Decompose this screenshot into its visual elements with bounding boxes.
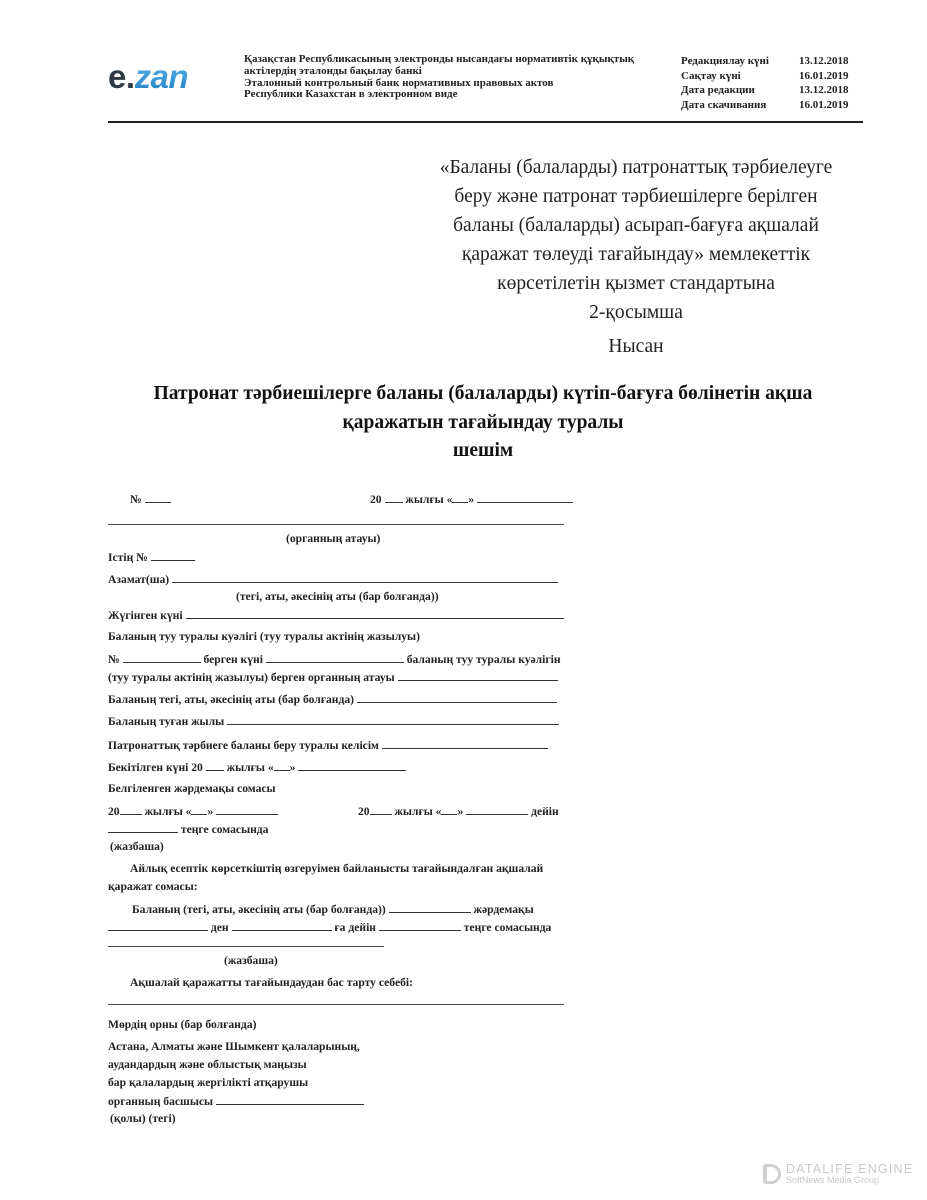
child-name-field[interactable] <box>357 692 557 703</box>
citizen-label: Азамат(ша) <box>108 573 169 586</box>
tenge-amount-label-2: теңге сомасында <box>464 921 552 934</box>
issuing-organ-row: (туу туралы актінің жазылуы) берген орга… <box>108 670 558 684</box>
allowance-amount-field[interactable] <box>379 920 461 931</box>
organ-caption: (органның атауы) <box>286 532 380 545</box>
meta-label: Дата скачивания <box>681 98 799 113</box>
number-label: № <box>130 493 142 506</box>
organization-text: Қазақстан Республикасының электронды ныс… <box>244 54 634 101</box>
ezan-logo: e.zan <box>108 58 188 96</box>
amount-in-words-field[interactable] <box>108 946 384 947</box>
birth-cert-label: Баланың туу туралы куәлігі (туу туралы а… <box>108 630 420 643</box>
agreement-field[interactable] <box>382 738 548 749</box>
title-line: шешім <box>100 437 866 466</box>
from-word: ден <box>211 921 229 934</box>
date-month-field[interactable] <box>477 492 573 503</box>
child-name-row: Баланың тегі, аты, әкесінің аты (бар бол… <box>108 692 557 706</box>
citizen-field[interactable] <box>172 572 558 583</box>
date-quote-close: » <box>468 493 474 506</box>
header-divider <box>108 121 863 123</box>
date-year-field[interactable] <box>385 492 403 503</box>
number-row: № <box>130 492 171 506</box>
applied-date-row: Жүгінген күні <box>108 608 564 622</box>
tenge-amount-row: теңге сомасында <box>108 822 268 836</box>
mci-text-line: қаражат сомасы: <box>108 880 198 893</box>
issued-date-label: берген күні <box>203 653 262 666</box>
period-from-prefix: 20 <box>108 805 120 818</box>
child-allowance-label: Баланың (тегі, аты, әкесінің аты (бар бо… <box>132 903 386 916</box>
period-from-mid: жылғы « <box>145 805 192 818</box>
cert-suffix: баланың туу туралы куәлігін <box>407 653 561 666</box>
agreement-label: Патронаттық тәрбиеге баланы беру туралы … <box>108 739 379 752</box>
period-to-year-field[interactable] <box>370 804 392 815</box>
meta-value: 16.01.2019 <box>799 69 849 84</box>
annex-line: баланы (балаларды) асырап-бағуға ақшалай <box>405 211 867 240</box>
period-to-row: 20 жылғы «» дейін <box>358 804 559 818</box>
allowance-to-field[interactable] <box>232 920 332 931</box>
watermark-company: SoftNews Media Group <box>786 1175 913 1185</box>
date-year-suffix: жылғы « <box>405 493 452 506</box>
logo-dot: . <box>126 58 135 95</box>
citizen-caption: (тегі, аты, әкесінің аты (бар болғанда)) <box>236 590 439 603</box>
signer-line: органның басшысы <box>108 1095 213 1108</box>
annex-line: 2-қосымша <box>405 298 867 327</box>
period-to-suffix: дейін <box>531 805 559 818</box>
cert-number-label: № <box>108 653 120 666</box>
period-to-day-field[interactable] <box>441 804 457 815</box>
annex-line: беру және патронат тәрбиешілерге берілге… <box>405 182 867 211</box>
period-to-prefix: 20 <box>358 805 370 818</box>
title-line: Патронат тәрбиешілерге баланы (балаларды… <box>100 380 866 409</box>
date-day-field[interactable] <box>452 492 468 503</box>
case-number-field[interactable] <box>151 550 195 561</box>
meta-row: Дата скачивания16.01.2019 <box>681 98 849 113</box>
organ-name-field[interactable] <box>108 524 564 525</box>
document-title: Патронат тәрбиешілерге баланы (балаларды… <box>100 380 866 466</box>
issuing-organ-field[interactable] <box>398 670 558 681</box>
child-name-label: Баланың тегі, аты, әкесінің аты (бар бол… <box>108 693 354 706</box>
meta-label: Редакциялау күні <box>681 54 799 69</box>
case-number-label: Істің № <box>108 551 148 564</box>
signer-head-row: органның басшысы <box>108 1094 364 1108</box>
period-from-close: » <box>207 805 213 818</box>
document-meta: Редакциялау күні13.12.2018 Сақтау күні16… <box>681 54 849 112</box>
logo-part-zan: zan <box>135 58 189 95</box>
allowance-word: жәрдемақы <box>474 903 534 916</box>
allowance-from-field[interactable] <box>108 920 208 931</box>
in-words-caption-2: (жазбаша) <box>224 954 278 967</box>
org-line: актілердің эталонды бақылау банкі <box>244 66 634 78</box>
signature-caption: (қолы) (тегі) <box>110 1112 176 1125</box>
datalife-logo-icon <box>763 1164 781 1184</box>
period-from-row: 20 жылғы «» <box>108 804 278 818</box>
period-to-month-field[interactable] <box>466 804 528 815</box>
refusal-label: Ақшалай қаражатты тағайындаудан бас тарт… <box>130 976 413 989</box>
child-birth-year-field[interactable] <box>227 714 559 725</box>
approved-year-field[interactable] <box>206 760 224 771</box>
date-year-prefix: 20 <box>370 493 382 506</box>
allowance-label: Белгіленген жәрдемақы сомасы <box>108 782 276 795</box>
period-to-close: » <box>457 805 463 818</box>
period-from-year-field[interactable] <box>120 804 142 815</box>
meta-value: 13.12.2018 <box>799 83 849 98</box>
cert-number-field[interactable] <box>123 652 201 663</box>
approved-month-field[interactable] <box>298 760 406 771</box>
datalife-watermark: DATALIFE ENGINE SoftNews Media Group <box>763 1163 913 1185</box>
approved-date-label: Бекітілген күні 20 <box>108 761 203 774</box>
annex-reference: «Баланы (балаларды) патронаттық тәрбиеле… <box>405 153 867 327</box>
meta-value: 16.01.2019 <box>799 98 849 113</box>
approved-date-row: Бекітілген күні 20 жылғы «» <box>108 760 406 774</box>
annex-line: көрсетілетін қызмет стандартына <box>405 269 867 298</box>
approved-date-close: » <box>290 761 296 774</box>
date-row: 20 жылғы «» <box>370 492 573 506</box>
applied-date-field[interactable] <box>186 608 564 619</box>
refusal-reason-field[interactable] <box>108 1004 564 1005</box>
applied-date-label: Жүгінген күні <box>108 609 183 622</box>
period-from-month-field[interactable] <box>216 804 278 815</box>
period-to-mid: жылғы « <box>395 805 442 818</box>
issuing-organ-label: (туу туралы актінің жазылуы) берген орга… <box>108 671 395 684</box>
approved-day-field[interactable] <box>274 760 290 771</box>
meta-label: Сақтау күні <box>681 69 799 84</box>
annex-line: «Баланы (балаларды) патронаттық тәрбиеле… <box>405 153 867 182</box>
meta-value: 13.12.2018 <box>799 54 849 69</box>
allowance-range-row: ден ға дейін теңге сомасында <box>108 920 551 934</box>
meta-row: Сақтау күні16.01.2019 <box>681 69 849 84</box>
child-allowance-field[interactable] <box>389 902 471 913</box>
cert-number-row: № берген күні баланың туу туралы куәлігі… <box>108 652 561 666</box>
meta-label: Дата редакции <box>681 83 799 98</box>
case-number-row: Істің № <box>108 550 195 564</box>
issued-date-field[interactable] <box>266 652 404 663</box>
approved-date-mid: жылғы « <box>227 761 274 774</box>
form-label: Нысан <box>405 336 867 358</box>
citizen-row: Азамат(ша) <box>108 572 558 586</box>
child-birth-year-label: Баланың туған жылы <box>108 715 224 728</box>
watermark-brand: DATALIFE ENGINE <box>786 1163 913 1175</box>
child-allowance-row: Баланың (тегі, аты, әкесінің аты (бар бо… <box>132 902 534 916</box>
agreement-row: Патронаттық тәрбиеге баланы беру туралы … <box>108 738 548 752</box>
signer-line: Астана, Алматы және Шымкент қалаларының, <box>108 1040 360 1053</box>
logo-part-e: e <box>108 58 126 95</box>
document-header: e.zan Қазақстан Республикасының электрон… <box>108 48 863 122</box>
annex-line: қаражат төлеуді тағайындау» мемлекеттік <box>405 240 867 269</box>
tenge-amount-label: теңге сомасында <box>181 823 269 836</box>
to-word: ға дейін <box>334 921 376 934</box>
signer-line: аудандардың және облыстық маңызы <box>108 1058 307 1071</box>
tenge-amount-field[interactable] <box>108 822 178 833</box>
in-words-caption: (жазбаша) <box>110 840 164 853</box>
seal-label: Мөрдің орны (бар болғанда) <box>108 1018 256 1031</box>
signer-line: бар қалалардың жергілікті атқарушы <box>108 1076 308 1089</box>
child-birth-year-row: Баланың туған жылы <box>108 714 559 728</box>
mci-text-line: Айлық есептік көрсеткіштің өзгеруімен ба… <box>130 862 543 875</box>
number-field[interactable] <box>145 492 171 503</box>
meta-row: Дата редакции13.12.2018 <box>681 83 849 98</box>
org-line: Республики Казахстан в электронном виде <box>244 89 634 101</box>
title-line: қаражатын тағайындау туралы <box>100 409 866 438</box>
meta-row: Редакциялау күні13.12.2018 <box>681 54 849 69</box>
signature-field[interactable] <box>216 1094 364 1105</box>
period-from-day-field[interactable] <box>191 804 207 815</box>
